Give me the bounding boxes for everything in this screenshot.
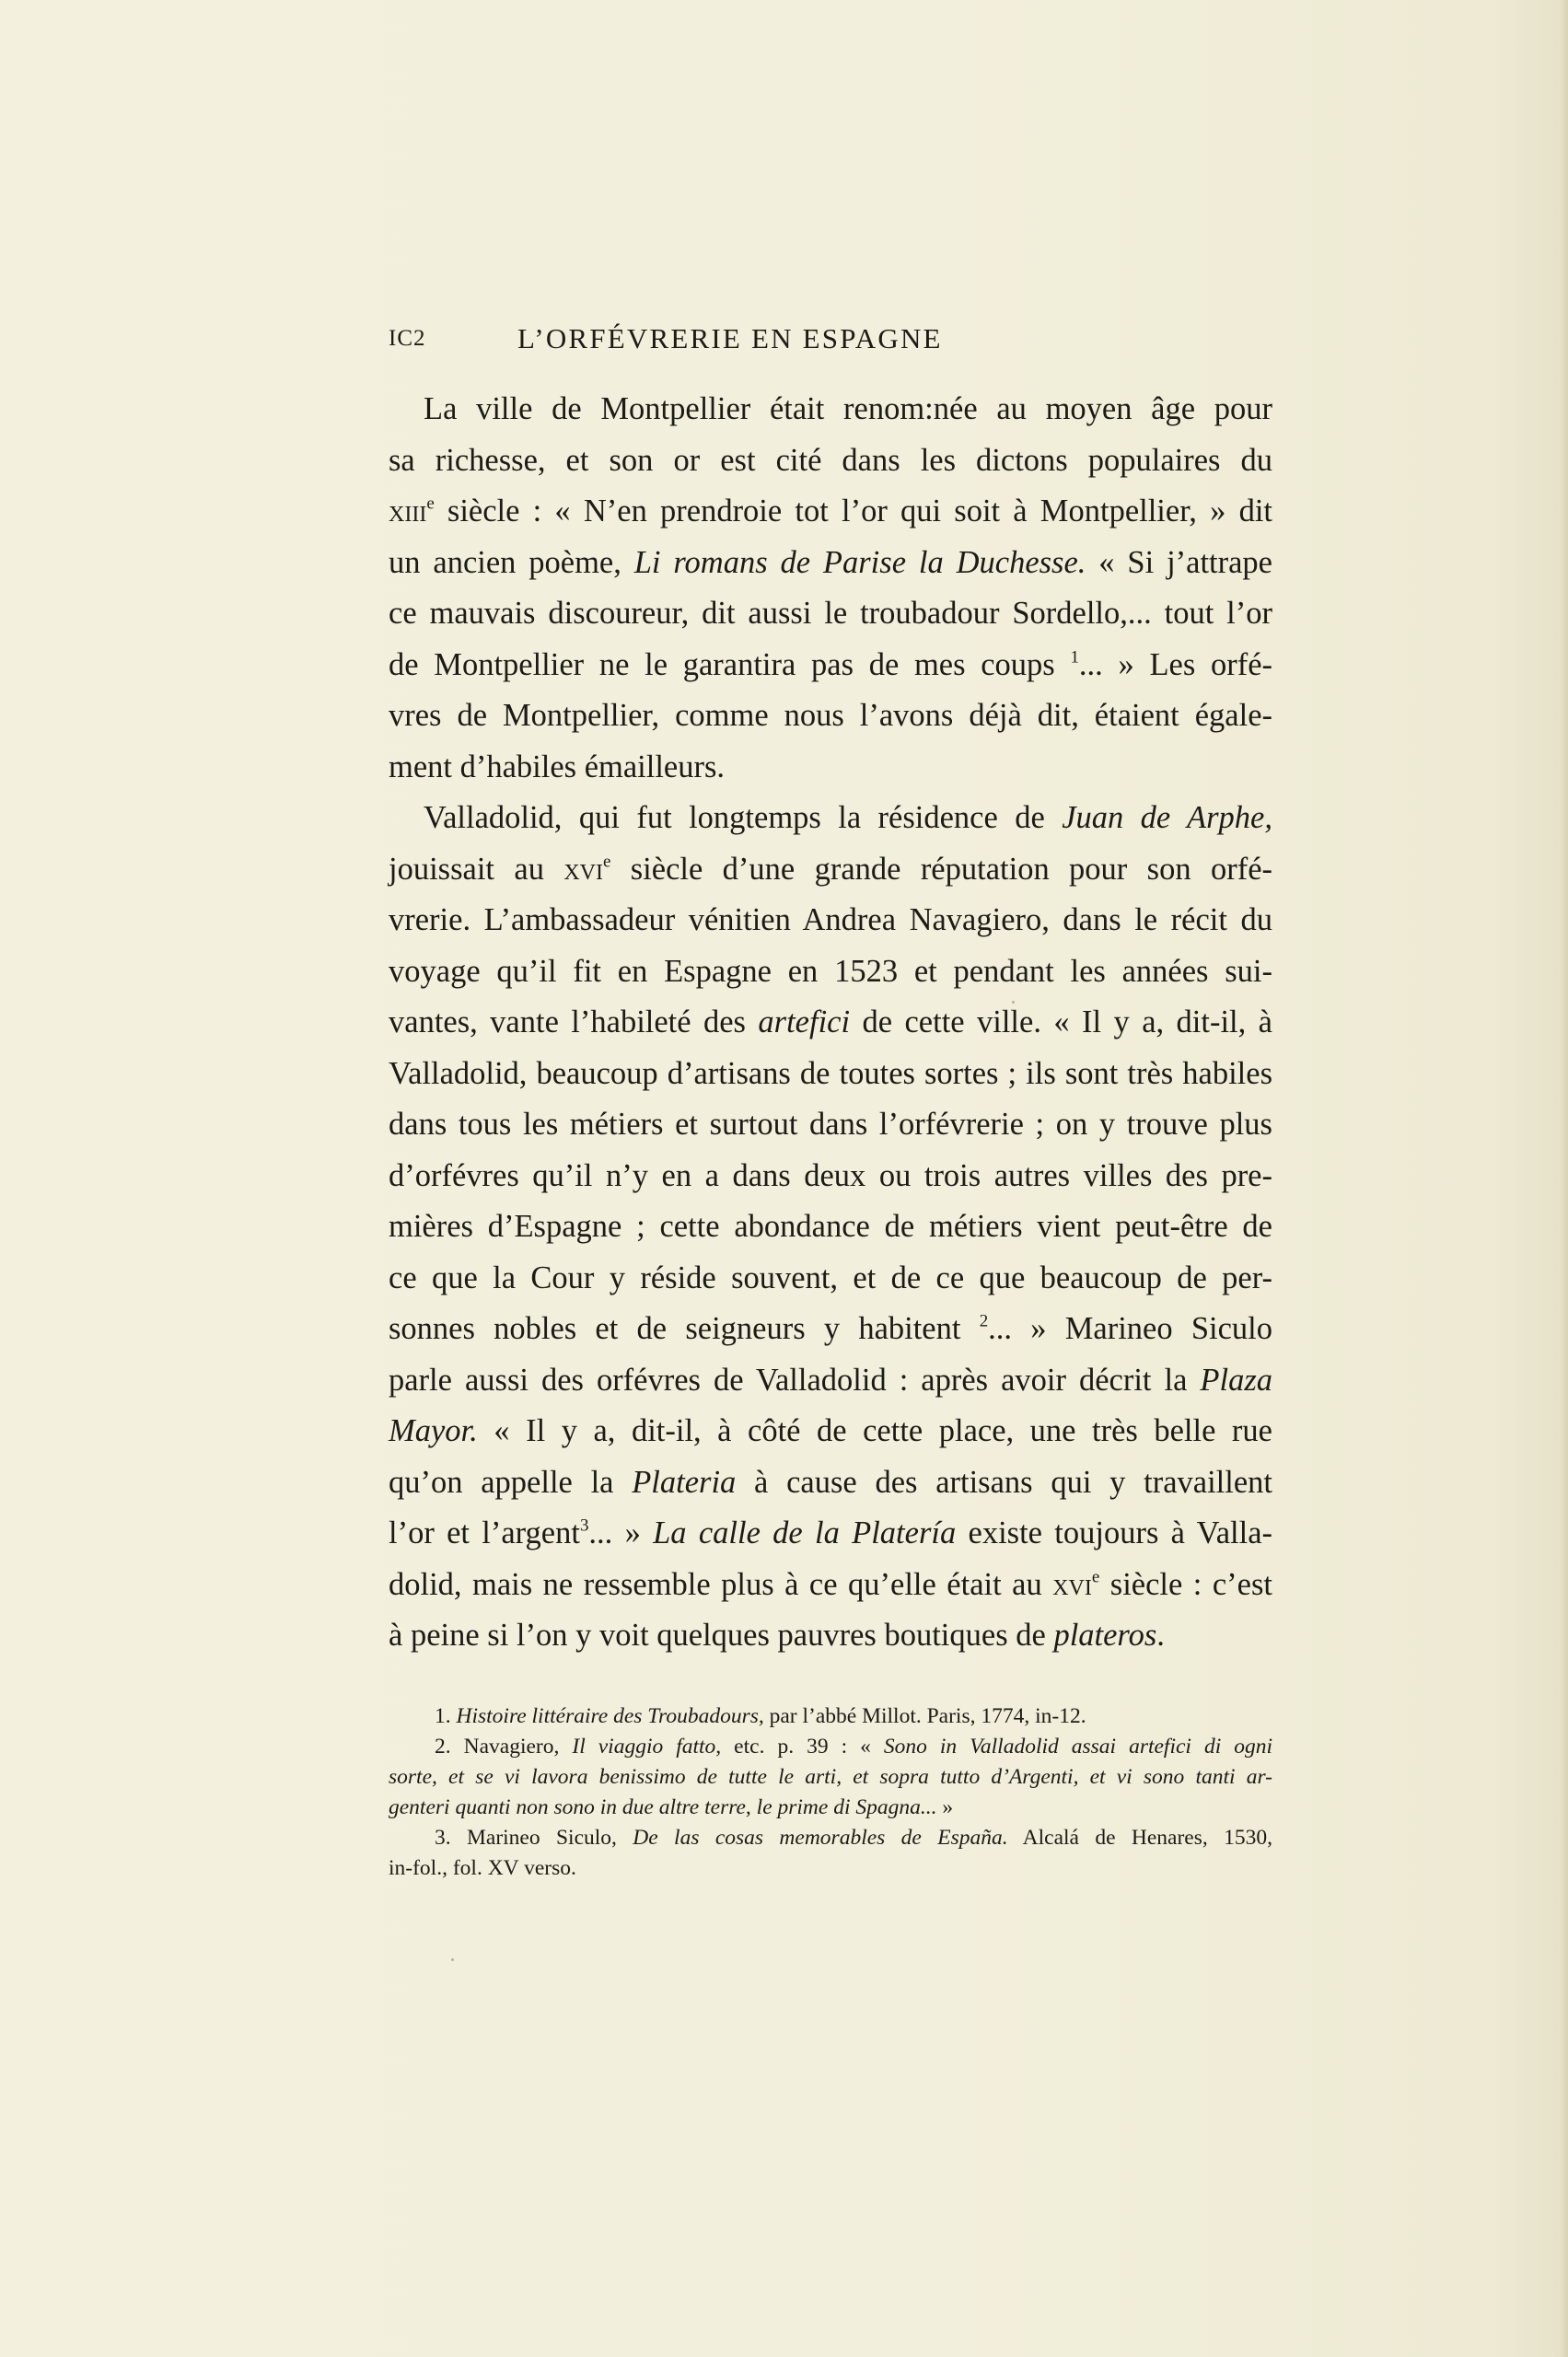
footnotes: 1. Histoire littéraire des Troubadours, … — [389, 1701, 1272, 1884]
text-run: par l’abbé Millot. Paris, 1774, in-12. — [764, 1704, 1086, 1728]
body-line: Valladolid, qui fut longtemps la résiden… — [389, 793, 1272, 844]
text-run: vres de Montpellier, comme nous l’avons … — [389, 698, 1272, 733]
body-line: ce mauvais discoureur, dit aussi le trou… — [389, 588, 1272, 640]
body-text: La ville de Montpellier était renom:née … — [389, 384, 1272, 1662]
body-line: vantes, vante l’habileté des artefici de… — [389, 997, 1272, 1049]
superscript: 3 — [580, 1516, 588, 1536]
body-line: jouissait au xvie siècle d’une grande ré… — [389, 844, 1272, 896]
body-line: Valladolid, beaucoup d’artisans de toute… — [389, 1049, 1272, 1100]
running-head: IC2 L’ORFÉVRERIE EN ESPAGNE — [389, 322, 1295, 359]
text-run: siècle d’une grande réputation pour son … — [610, 852, 1272, 887]
text-run: ... » — [588, 1515, 653, 1550]
body-line: de Montpellier ne le garantira pas de me… — [389, 640, 1272, 691]
text-run: siècle : « N’en prendroie tot l’or qui s… — [435, 493, 1272, 528]
text-run: de cette ville. « Il y a, dit-il, à — [850, 1004, 1272, 1039]
text-run: jouissait au — [389, 852, 563, 887]
italic-text: Sono in Valladolid assai artefici di ogn… — [884, 1735, 1272, 1759]
body-line: parle aussi des orfévres de Valladolid :… — [389, 1355, 1272, 1407]
text-run: . — [1156, 1618, 1165, 1653]
footnote-line: 1. Histoire littéraire des Troubadours, … — [389, 1701, 1272, 1732]
text-run: Alcalá de Henares, 1530, — [1008, 1826, 1272, 1850]
paper-speck — [1012, 1001, 1015, 1004]
text-run: xiii — [389, 493, 426, 528]
body-line: d’orfévres qu’il n’y en a dans deux ou t… — [389, 1151, 1272, 1202]
text-run: 3. Marineo Siculo, — [435, 1826, 633, 1850]
body-line: dans tous les métiers et surtout dans l’… — [389, 1099, 1272, 1151]
italic-text: Juan de Arphe, — [1062, 800, 1272, 835]
book-page: IC2 L’ORFÉVRERIE EN ESPAGNE La ville de … — [0, 0, 1568, 2357]
text-run: dolid, mais ne ressemble plus à ce qu’el… — [389, 1567, 1052, 1602]
italic-text: Plaza — [1200, 1363, 1272, 1398]
body-line: qu’on appelle la Plateria à cause des ar… — [389, 1457, 1272, 1509]
text-run: ment d’habiles émailleurs. — [389, 749, 725, 784]
text-run: sa richesse, et son or est cité dans les… — [389, 443, 1272, 478]
text-run: ce que la Cour y réside souvent, et de c… — [389, 1260, 1272, 1295]
text-run: La ville de Montpellier était renom:née … — [424, 391, 1272, 426]
body-line: mières d’Espagne ; cette abondance de mé… — [389, 1202, 1272, 1253]
body-line: xiiie siècle : « N’en prendroie tot l’or… — [389, 486, 1272, 538]
text-run: » — [937, 1795, 954, 1819]
italic-text: plateros — [1053, 1618, 1156, 1653]
text-run: « Il y a, dit-il, à côté de cette place,… — [478, 1413, 1272, 1448]
footnote-line: 3. Marineo Siculo, De las cosas memorabl… — [389, 1823, 1272, 1853]
footnote-line: in-fol., fol. XV verso. — [389, 1853, 1272, 1884]
text-run: xvi — [563, 852, 603, 887]
body-line: La ville de Montpellier était renom:née … — [389, 384, 1272, 435]
body-line: vres de Montpellier, comme nous l’avons … — [389, 691, 1272, 742]
italic-text: Li romans de Parise la Duchesse. — [634, 545, 1086, 580]
running-title: L’ORFÉVRERIE EN ESPAGNE — [517, 322, 943, 355]
text-run: Valladolid, beaucoup d’artisans de toute… — [389, 1056, 1272, 1091]
text-run: 2. Navagiero, — [435, 1735, 572, 1759]
italic-text: Il viaggio fatto, — [572, 1735, 721, 1759]
text-run: à peine si l’on y voit quelques pauvres … — [389, 1618, 1053, 1653]
footnote-line: genteri quanti non sono in due altre ter… — [389, 1793, 1272, 1823]
text-run: ce mauvais discoureur, dit aussi le trou… — [389, 596, 1272, 631]
superscript: e — [426, 494, 434, 514]
text-run: l’or et l’argent — [389, 1515, 580, 1550]
italic-text: De las cosas memorables de España. — [633, 1826, 1007, 1850]
body-line: l’or et l’argent3... » La calle de la Pl… — [389, 1508, 1272, 1560]
body-line: sa richesse, et son or est cité dans les… — [389, 435, 1272, 487]
text-run: à cause des artisans qui y travaillent — [736, 1465, 1272, 1500]
body-line: vrerie. L’ambassadeur vénitien Andrea Na… — [389, 895, 1272, 946]
text-run: vrerie. L’ambassadeur vénitien Andrea Na… — [389, 902, 1272, 937]
body-line: à peine si l’on y voit quelques pauvres … — [389, 1610, 1272, 1662]
italic-text: sorte, et se vi lavora benissimo de tutt… — [389, 1765, 1272, 1789]
text-run: dans tous les métiers et surtout dans l’… — [389, 1107, 1272, 1142]
text-run: siècle : c’est — [1099, 1567, 1272, 1602]
italic-text: genteri quanti non sono in due altre ter… — [389, 1795, 937, 1819]
text-run: xvi — [1052, 1567, 1092, 1602]
italic-text: La calle de la Platería — [653, 1515, 956, 1550]
text-run: etc. p. 39 : « — [721, 1735, 884, 1759]
italic-text: artefici — [758, 1004, 850, 1039]
body-line: un ancien poème, Li romans de Parise la … — [389, 538, 1272, 589]
body-line: sonnes nobles et de seigneurs y habitent… — [389, 1304, 1272, 1355]
text-run: voyage qu’il fit en Espagne en 1523 et p… — [389, 954, 1272, 989]
superscript: 2 — [980, 1312, 988, 1331]
footnote-line: sorte, et se vi lavora benissimo de tutt… — [389, 1762, 1272, 1793]
text-run: qu’on appelle la — [389, 1465, 632, 1500]
text-run: d’orfévres qu’il n’y en a dans deux ou t… — [389, 1158, 1272, 1193]
text-run: existe toujours à Valla- — [956, 1515, 1272, 1550]
body-line: ce que la Cour y réside souvent, et de c… — [389, 1253, 1272, 1305]
text-run: un ancien poème, — [389, 545, 634, 580]
body-line: Mayor. « Il y a, dit-il, à côté de cette… — [389, 1406, 1272, 1457]
text-run: « Si j’attrape — [1086, 545, 1272, 580]
text-run: vantes, vante l’habileté des — [389, 1004, 758, 1039]
paper-speck — [451, 1958, 454, 1961]
body-line: ment d’habiles émailleurs. — [389, 742, 1272, 794]
text-run: de Montpellier ne le garantira pas de me… — [389, 647, 1070, 682]
superscript: 1 — [1070, 647, 1078, 667]
footnote-line: 2. Navagiero, Il viaggio fatto, etc. p. … — [389, 1732, 1272, 1762]
text-run: ... » Les orfé- — [1079, 647, 1272, 682]
text-run: ... » Marineo Siculo — [988, 1311, 1272, 1346]
text-run: sonnes nobles et de seigneurs y habitent — [389, 1311, 980, 1346]
text-run: parle aussi des orfévres de Valladolid :… — [389, 1363, 1200, 1398]
page-scan-edge — [1559, 0, 1568, 2357]
italic-text: Mayor. — [389, 1413, 478, 1448]
italic-text: Plateria — [632, 1465, 736, 1500]
italic-text: Histoire littéraire des Troubadours, — [457, 1704, 764, 1728]
body-line: voyage qu’il fit en Espagne en 1523 et p… — [389, 946, 1272, 998]
page-number: IC2 — [389, 326, 426, 352]
text-run: 1. — [435, 1704, 457, 1728]
text-run: in-fol., fol. XV verso. — [389, 1856, 576, 1880]
text-run: mières d’Espagne ; cette abondance de mé… — [389, 1209, 1272, 1244]
body-line: dolid, mais ne ressemble plus à ce qu’el… — [389, 1560, 1272, 1611]
text-run: Valladolid, qui fut longtemps la résiden… — [424, 800, 1062, 835]
